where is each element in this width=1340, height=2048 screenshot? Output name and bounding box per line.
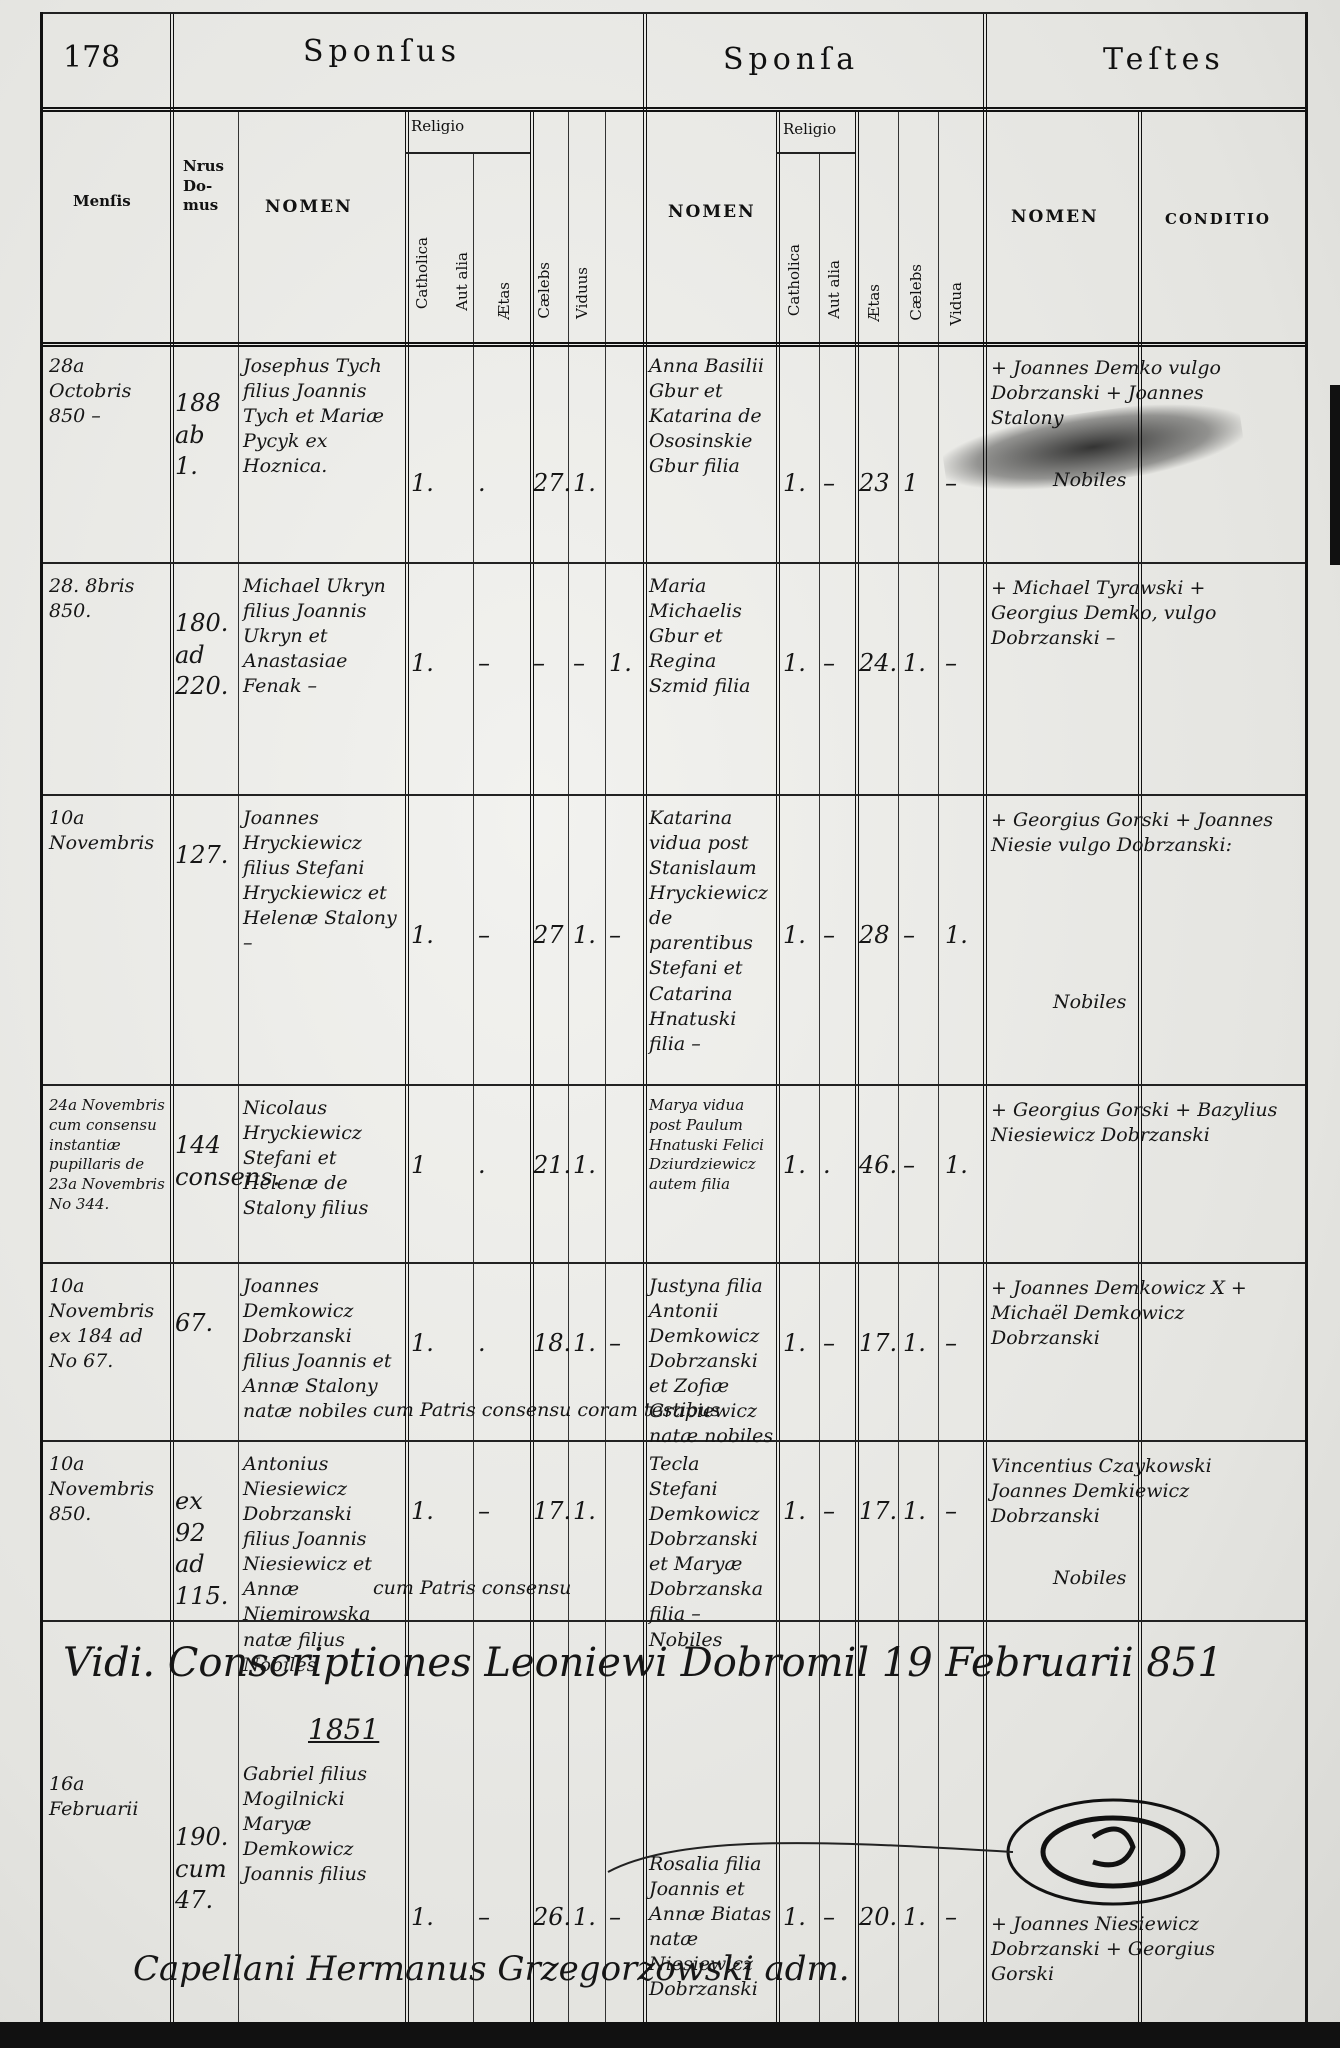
- 1851-entry-sponsus: Gabriel filius Mogilnicki Maryæ Demkowic…: [243, 1762, 403, 1887]
- col-sponsus-aut-alia: Aut alia: [453, 252, 471, 311]
- entry-sponsa-alia: –: [823, 468, 853, 500]
- 1851-entry-sponsa-caelebs: 1.: [903, 1902, 933, 1934]
- entry-mensis: 10a Novembris ex 184 ad No 67.: [49, 1274, 167, 1374]
- entry-sponsus-aetas: –: [533, 648, 567, 680]
- col-sponsa-aetas: Ætas: [865, 284, 883, 322]
- 1851-entry-sponsa-alia: –: [823, 1902, 853, 1934]
- entry-sponsa-vidua: 1.: [945, 1150, 975, 1182]
- entry-domus: 180. ad 220.: [175, 608, 235, 703]
- 1851-entry-domus: 190. cum 47.: [175, 1822, 235, 1917]
- entry-sponsa-alia: –: [823, 1496, 853, 1528]
- entry-sponsa-aetas: 17.: [859, 1328, 895, 1360]
- entry-sponsa-cath: 1.: [783, 1496, 813, 1528]
- col-sponsa-vidua: Vidua: [947, 282, 965, 326]
- entry-sponsus-caelebs: 1.: [573, 920, 603, 952]
- entry-sponsa-vidua: –: [945, 1328, 975, 1360]
- entry-sponsus-alia: .: [478, 1150, 506, 1182]
- entry-domus: 127.: [175, 840, 235, 872]
- group-testes: Teſtes: [1103, 42, 1225, 77]
- entry-sponsus-cath: 1.: [411, 1328, 439, 1360]
- entry-sponsus-alia: .: [478, 1328, 506, 1360]
- entry-sponsa-aetas: 23: [859, 468, 895, 500]
- entry-domus: 188 ab 1.: [175, 388, 235, 483]
- entry-sponsa-alia: –: [823, 920, 853, 952]
- entry-sponsus: Nicolaus Hryckiewicz Stefani et Helenæ d…: [243, 1096, 403, 1221]
- film-bottom-edge: [0, 2022, 1340, 2048]
- entry-sponsa-caelebs: –: [903, 1150, 933, 1182]
- entry-mensis: 28. 8bris 850.: [49, 574, 167, 624]
- col-sponsa-religio: Religio: [783, 120, 836, 138]
- entry-sponsa: Maria Michaelis Gbur et Regina Szmid fil…: [649, 574, 774, 699]
- entry-mensis: 28a Octobris 850 –: [49, 354, 167, 429]
- entry-mensis: 24a Novembris cum consensu instantiæ pup…: [49, 1096, 167, 1215]
- 1851-entry-sponsa-aetas: 20.: [859, 1902, 895, 1934]
- entry-sponsus-alia: –: [478, 1496, 506, 1528]
- marriage-register-table: 178 Sponſus Sponſa Teſtes Menſis Nrus Do…: [40, 12, 1308, 2022]
- col-sponsa-nomen: NOMEN: [668, 202, 756, 222]
- visitation-note: Vidi. Conscriptiones Leoniewi Dobromil 1…: [63, 1637, 1223, 1690]
- entry-sponsus-caelebs: 1.: [573, 1150, 603, 1182]
- signature-flourish-icon: [603, 1832, 1023, 1892]
- entry-sponsa: Katarina vidua post Stanislaum Hryckiewi…: [649, 806, 774, 1057]
- entry-sponsa-caelebs: 1: [903, 468, 933, 500]
- entry-sponsa-caelebs: 1.: [903, 648, 933, 680]
- entry-sponsus-aetas: 17.: [533, 1496, 567, 1528]
- entry-sponsus-caelebs: 1.: [573, 468, 603, 500]
- entry-sponsus: Josephus Tych filius Joannis Tych et Mar…: [243, 354, 403, 479]
- entry-sponsus-viduus: –: [609, 1328, 639, 1360]
- col-sponsus-catholica: Catholica: [413, 237, 431, 309]
- entry-sponsa-alia: –: [823, 1328, 853, 1360]
- 1851-entry-sponsa-vidua: –: [945, 1902, 975, 1934]
- entry-sponsa-aetas: 28: [859, 920, 895, 952]
- entry-testes: + Georgius Gorski + Joannes Niesie vulgo…: [991, 808, 1281, 858]
- 1851-entry-sponsus-cath: 1.: [411, 1902, 439, 1934]
- entry-sponsus: Michael Ukryn filius Joannis Ukryn et An…: [243, 574, 403, 699]
- entry-sponsus-cath: 1.: [411, 468, 439, 500]
- entry-sponsa-cath: 1.: [783, 648, 813, 680]
- entry-sponsus: Joannes Hryckiewicz filius Stefani Hryck…: [243, 806, 403, 956]
- col-sponsus-religio: Religio: [411, 117, 464, 135]
- entry-sponsa-alia: –: [823, 648, 853, 680]
- entry-sponsus-cath: 1.: [411, 648, 439, 680]
- entry-sponsus-cath: 1.: [411, 1496, 439, 1528]
- group-sponsus: Sponſus: [303, 34, 461, 69]
- col-sponsus-caelebs: Cælebs: [535, 262, 553, 319]
- entry-sponsa-caelebs: –: [903, 920, 933, 952]
- col-testes-conditio: CONDITIO: [1165, 210, 1271, 228]
- entry-conditio: Nobiles: [1053, 1566, 1253, 1591]
- group-sponsa: Sponſa: [723, 42, 859, 77]
- entry-sponsa: Tecla Stefani Demkowicz Dobrzanski et Ma…: [649, 1452, 774, 1653]
- film-edge: [1330, 385, 1340, 565]
- col-sponsus-viduus: Viduus: [573, 267, 591, 319]
- 1851-entry-sponsus-caelebs: 1.: [573, 1902, 603, 1934]
- footer-signature: Capellani Hermanus Grzegorzowski adm.: [133, 1947, 850, 1992]
- 1851-entry-mensis: 16a Februarii: [49, 1772, 167, 1822]
- entry-domus: 144 consens.: [175, 1130, 235, 1193]
- col-mensis: Menſis: [73, 192, 131, 210]
- entry-mensis: 10a Novembris: [49, 806, 167, 856]
- col-sponsa-catholica: Catholica: [785, 244, 803, 316]
- entry-sponsus-viduus: 1.: [609, 648, 639, 680]
- entry-sponsa: Marya vidua post Paulum Hnatuski Felici …: [649, 1096, 774, 1195]
- entry-sponsa-aetas: 17.: [859, 1496, 895, 1528]
- entry-sponsus-alia: –: [478, 648, 506, 680]
- entry-sponsa-caelebs: 1.: [903, 1328, 933, 1360]
- entry-sponsa-cath: 1.: [783, 1328, 813, 1360]
- col-testes-nomen: NOMEN: [1011, 207, 1099, 227]
- entry-sponsa-vidua: –: [945, 648, 975, 680]
- entry-testes: Vincentius Czaykowski Joannes Demkiewicz…: [991, 1454, 1281, 1529]
- col-sponsus-aetas: Ætas: [495, 282, 513, 320]
- entry-sponsus-caelebs: 1.: [573, 1496, 603, 1528]
- entry-sponsus-aetas: 21.: [533, 1150, 567, 1182]
- entry-note: cum Patris consensu coram testibus: [373, 1398, 973, 1423]
- entry-domus: ex 92 ad 115.: [175, 1486, 235, 1613]
- col-sponsa-aut-alia: Aut alia: [825, 260, 843, 319]
- entry-testes: + Michael Tyrawski + Georgius Demko, vul…: [991, 576, 1281, 651]
- entry-sponsus-caelebs: –: [573, 648, 603, 680]
- entry-sponsus-aetas: 27: [533, 920, 567, 952]
- entry-sponsus-caelebs: 1.: [573, 1328, 603, 1360]
- entry-sponsus-aetas: 18.: [533, 1328, 567, 1360]
- 1851-entry-sponsa-cath: 1.: [783, 1902, 813, 1934]
- col-sponsus-nomen: NOMEN: [265, 197, 353, 217]
- 1851-entry-sponsus-alia: –: [478, 1902, 506, 1934]
- entry-note: cum Patris consensu: [373, 1576, 973, 1601]
- 1851-entry-sponsus-viduus: –: [609, 1902, 639, 1934]
- entry-sponsa-vidua: 1.: [945, 920, 975, 952]
- entry-conditio: Nobiles: [1053, 990, 1253, 1015]
- col-sponsa-caelebs: Cælebs: [907, 264, 925, 321]
- entry-sponsa-aetas: 24.: [859, 648, 895, 680]
- entry-mensis: 10a Novembris 850.: [49, 1452, 167, 1527]
- entry-domus: 67.: [175, 1308, 235, 1340]
- year-heading: 1851: [308, 1712, 379, 1749]
- entry-sponsus-cath: 1: [411, 1150, 439, 1182]
- entry-sponsa-cath: 1.: [783, 468, 813, 500]
- entry-sponsus-viduus: –: [609, 920, 639, 952]
- entry-sponsus-aetas: 27.: [533, 468, 567, 500]
- page-number: 178: [63, 40, 120, 75]
- entry-sponsa-cath: 1.: [783, 1150, 813, 1182]
- entry-sponsus-alia: .: [478, 468, 506, 500]
- entry-testes: + Joannes Demkowicz X + Michaël Demkowic…: [991, 1276, 1281, 1351]
- register-page: 178 Sponſus Sponſa Teſtes Menſis Nrus Do…: [0, 0, 1340, 2048]
- entry-sponsus-cath: 1.: [411, 920, 439, 952]
- entry-sponsa-vidua: –: [945, 1496, 975, 1528]
- entry-testes: + Georgius Gorski + Bazylius Niesiewicz …: [991, 1098, 1281, 1148]
- entry-sponsa: Anna Basilii Gbur et Katarina de Ososins…: [649, 354, 774, 479]
- entry-sponsa: Justyna filia Antonii Demkowicz Dobrzans…: [649, 1274, 774, 1450]
- entry-sponsa-alia: .: [823, 1150, 853, 1182]
- entry-sponsa-cath: 1.: [783, 920, 813, 952]
- 1851-entry-sponsus-aetas: 26.: [533, 1902, 567, 1934]
- entry-sponsa-caelebs: 1.: [903, 1496, 933, 1528]
- entry-sponsa-aetas: 46.: [859, 1150, 895, 1182]
- entry-sponsus-alia: –: [478, 920, 506, 952]
- col-nrus-domus: Nrus Do- mus: [183, 157, 233, 216]
